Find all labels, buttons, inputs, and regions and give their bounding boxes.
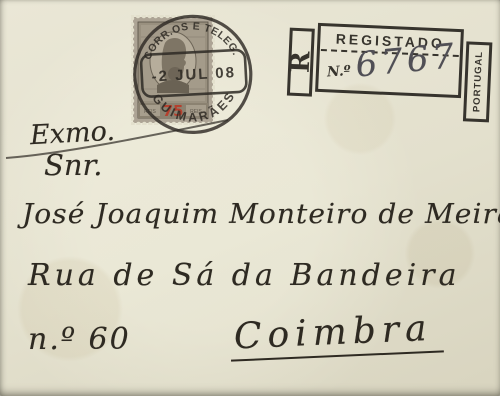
registration-left-cell: R [287, 28, 315, 97]
circular-date-stamp: CORR.OS E TELEG. GUIMARÃES -2 JUL 08 [112, 0, 288, 160]
registration-number-handwritten: 6767 [354, 36, 460, 86]
address-house-number: n.º 60 [28, 322, 131, 357]
registration-number-prefix: N.º [326, 63, 351, 80]
salutation-line-1: Exmo. [29, 116, 115, 151]
registration-right-cell: PORTUGAL [463, 41, 492, 122]
registration-side-letter: R [285, 51, 316, 74]
registration-country-text: PORTUGAL [471, 51, 485, 113]
postmark-artwork: CORR.OS E TELEG. GUIMARÃES -2 JUL 08 [112, 0, 288, 160]
address-street: Rua de Sá da Bandeira [28, 258, 460, 293]
addressee-name: José Joaquim Monteiro de Meira [22, 199, 500, 230]
registration-main-box: REGISTADO N.º 6767 [315, 23, 464, 98]
registration-number-row: N.º 6767 [318, 51, 460, 95]
salutation-line-2: Snr. [44, 148, 102, 182]
registration-handstamp: R REGISTADO N.º 6767 PORTUGAL [286, 22, 493, 123]
address-city-underlined: Coimbra [229, 307, 443, 361]
postmark-date: -2 JUL 08 [151, 64, 236, 85]
